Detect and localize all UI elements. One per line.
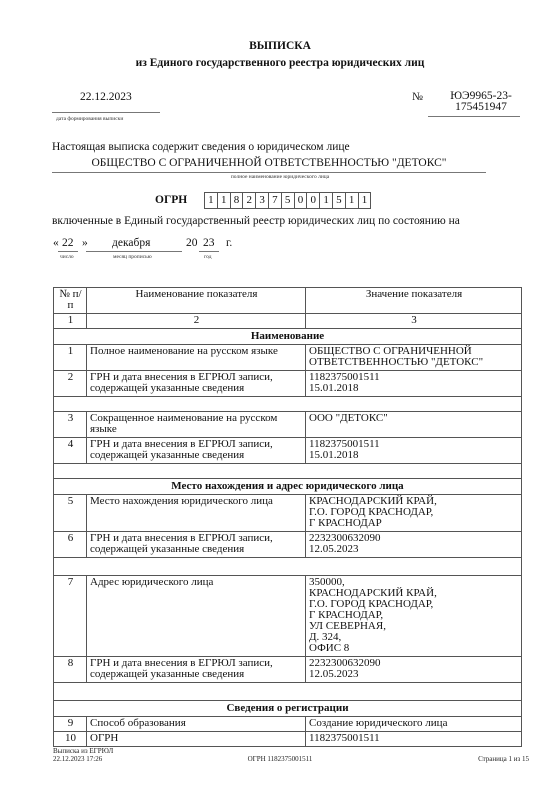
row-number: 10 [54, 732, 87, 747]
issue-date-caption: дата формирования выписки [56, 116, 123, 122]
row-number: 5 [54, 495, 87, 532]
ogrn-label: ОГРН [155, 194, 187, 206]
section-address: Место нахождения и адрес юридического ли… [54, 479, 522, 495]
open-quote: « [53, 237, 59, 249]
row-label: ОГРН [87, 732, 306, 747]
table-row: 5 Место нахождения юридического лица КРА… [54, 495, 522, 532]
row-value: 1182375001511 [306, 732, 522, 747]
ogrn-digit: 0 [295, 193, 308, 208]
row-number: 9 [54, 717, 87, 732]
row-number: 7 [54, 576, 87, 657]
issue-date: 22.12.2023 [80, 91, 132, 103]
spacer-row [54, 558, 522, 576]
row-label: Сокращенное наименование на русском язык… [87, 412, 306, 438]
row-number: 3 [54, 412, 87, 438]
row-value: КРАСНОДАРСКИЙ КРАЙ, Г.О. ГОРОД КРАСНОДАР… [306, 495, 522, 532]
row-label: ГРН и дата внесения в ЕГРЮЛ записи, соде… [87, 532, 306, 558]
table-row: 2 ГРН и дата внесения в ЕГРЮЛ записи, со… [54, 371, 522, 397]
spacer-row [54, 464, 522, 479]
ogrn-digit: 3 [256, 193, 269, 208]
row-value: 2232300632090 12.05.2023 [306, 532, 522, 558]
table-row: 1 Полное наименование на русском языке О… [54, 345, 522, 371]
org-name-underline [52, 172, 486, 173]
header-number: № п/п [54, 288, 87, 314]
section-registration: Сведения о регистрации [54, 701, 522, 717]
footer-ogrn: ОГРН 1182375001511 [0, 755, 560, 763]
header-value: Значение показателя [306, 288, 522, 314]
table-row: 4 ГРН и дата внесения в ЕГРЮЛ записи, со… [54, 438, 522, 464]
row-label: Способ образования [87, 717, 306, 732]
extract-number-underline [428, 116, 520, 117]
row-label: ГРН и дата внесения в ЕГРЮЛ записи, соде… [87, 657, 306, 683]
column-number-row: 1 2 3 [54, 314, 522, 329]
table-row: 9 Способ образования Создание юридическо… [54, 717, 522, 732]
table-row: 3 Сокращенное наименование на русском яз… [54, 412, 522, 438]
document-title: ВЫПИСКА [0, 40, 560, 52]
spacer-row [54, 397, 522, 412]
row-number: 6 [54, 532, 87, 558]
included-text: включенные в Единый государственный реес… [52, 215, 460, 227]
org-name-caption: полное наименование юридического лица [0, 174, 560, 180]
row-label: ГРН и дата внесения в ЕГРЮЛ записи, соде… [87, 438, 306, 464]
spacer-row [54, 683, 522, 701]
number-sign: № [412, 91, 423, 103]
month-underline [86, 251, 182, 252]
ogrn-digit-boxes: 1 1 8 2 3 7 5 0 0 1 5 1 1 [204, 192, 371, 209]
day-caption: число [60, 254, 74, 260]
row-value: ООО "ДЕТОКС" [306, 412, 522, 438]
ogrn-digit: 1 [218, 193, 231, 208]
table-row: 7 Адрес юридического лица 350000, КРАСНО… [54, 576, 522, 657]
ogrn-digit: 1 [346, 193, 359, 208]
month-caption: месяц прописью [113, 254, 152, 260]
row-number: 1 [54, 345, 87, 371]
row-value: 1182375001511 15.01.2018 [306, 438, 522, 464]
close-quote: » [82, 237, 88, 249]
ogrn-digit: 5 [282, 193, 295, 208]
year-caption: год [204, 254, 212, 260]
row-label: ГРН и дата внесения в ЕГРЮЛ записи, соде… [87, 371, 306, 397]
col-number: 1 [54, 314, 87, 329]
issue-date-underline [52, 112, 160, 113]
row-label: Полное наименование на русском языке [87, 345, 306, 371]
document-subtitle: из Единого государственного реестра юрид… [0, 57, 560, 69]
col-number: 2 [87, 314, 306, 329]
org-full-name: ОБЩЕСТВО С ОГРАНИЧЕННОЙ ОТВЕТСТВЕННОСТЬЮ… [52, 157, 486, 169]
col-number: 3 [306, 314, 522, 329]
extract-number: ЮЭ9965-23- 175451947 [436, 91, 526, 113]
state-month: декабря [112, 237, 150, 249]
ogrn-digit: 5 [333, 193, 346, 208]
extract-number-line2: 175451947 [436, 102, 526, 113]
table-row: 10 ОГРН 1182375001511 [54, 732, 522, 747]
row-label: Адрес юридического лица [87, 576, 306, 657]
table-row: 6 ГРН и дата внесения в ЕГРЮЛ записи, со… [54, 532, 522, 558]
header-indicator: Наименование показателя [87, 288, 306, 314]
ogrn-digit: 1 [205, 193, 218, 208]
state-year: 23 [203, 237, 215, 249]
day-underline [58, 251, 78, 252]
row-value: 1182375001511 15.01.2018 [306, 371, 522, 397]
year-underline [199, 251, 219, 252]
section-name: Наименование [54, 329, 522, 345]
footer-doc-name: Выписка из ЕГРЮЛ [53, 747, 113, 755]
egrul-table: № п/п Наименование показателя Значение п… [53, 287, 522, 747]
table-header-row: № п/п Наименование показателя Значение п… [54, 288, 522, 314]
row-value: Создание юридического лица [306, 717, 522, 732]
state-day: 22 [62, 237, 74, 249]
ogrn-digit: 1 [359, 193, 371, 208]
ogrn-digit: 0 [307, 193, 320, 208]
row-value: ОБЩЕСТВО С ОГРАНИЧЕННОЙ ОТВЕТСТВЕННОСТЬЮ… [306, 345, 522, 371]
ogrn-digit: 2 [243, 193, 256, 208]
ogrn-digit: 7 [269, 193, 282, 208]
state-century: 20 [186, 237, 198, 249]
row-number: 4 [54, 438, 87, 464]
footer-page-number: Страница 1 из 15 [478, 755, 529, 763]
row-value: 2232300632090 12.05.2023 [306, 657, 522, 683]
year-suffix: г. [226, 237, 232, 249]
row-value: 350000, КРАСНОДАРСКИЙ КРАЙ, Г.О. ГОРОД К… [306, 576, 522, 657]
intro-text: Настоящая выписка содержит сведения о юр… [52, 141, 350, 153]
ogrn-digit: 8 [231, 193, 244, 208]
row-number: 8 [54, 657, 87, 683]
row-label: Место нахождения юридического лица [87, 495, 306, 532]
row-number: 2 [54, 371, 87, 397]
ogrn-digit: 1 [320, 193, 333, 208]
table-row: 8 ГРН и дата внесения в ЕГРЮЛ записи, со… [54, 657, 522, 683]
